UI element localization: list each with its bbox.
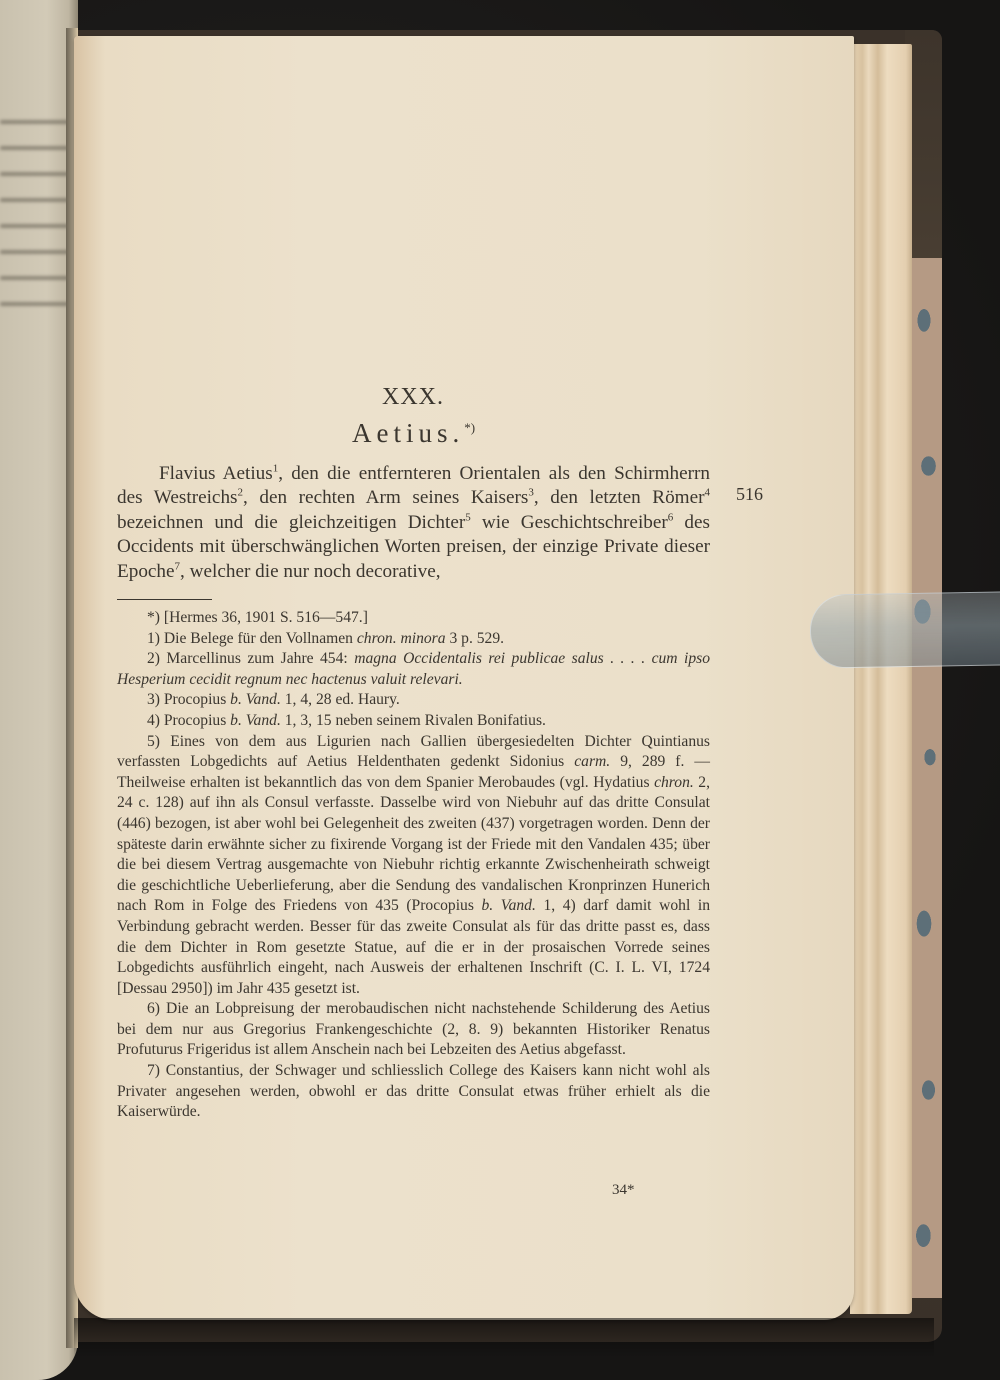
footnote-star: *) [Hermes 36, 1901 S. 516—547.] [117, 608, 710, 629]
footnote-ref: 3 [528, 487, 534, 499]
footnote-separator [117, 599, 212, 600]
page-shadow [74, 1318, 934, 1358]
margin-page-reference: 516 [736, 484, 763, 505]
chapter-number: XXX. [382, 384, 444, 411]
footnote-ref: 5 [465, 511, 471, 523]
blurred-facing-text [0, 120, 70, 328]
footnote-7: 7) Constantius, der Schwager und schlies… [117, 1061, 710, 1123]
italic-citation: magna Occidentalis rei publicae salus . … [117, 650, 710, 688]
footnote-ref: 1 [273, 463, 279, 475]
footnotes: *) [Hermes 36, 1901 S. 516—547.]1) Die B… [117, 608, 710, 1123]
footnote-4: 4) Procopius b. Vand. 1, 3, 15 neben sei… [117, 711, 710, 732]
italic-citation: chron. minora [357, 630, 446, 647]
italic-citation: carm. [574, 753, 610, 770]
chapter-title-text: Aetius. [352, 418, 464, 448]
footnote-ref: 4 [705, 487, 711, 499]
chapter-footnote-mark: *) [464, 420, 475, 435]
body-text: Flavius Aetius1, den die entfernteren Or… [117, 462, 710, 584]
footnote-6: 6) Die an Lobpreisung der merobaudischen… [117, 999, 710, 1061]
glass-page-weight [809, 591, 1000, 669]
footnote-ref: 2 [238, 487, 244, 499]
footnote-ref: 7 [175, 560, 181, 572]
italic-citation: b. Vand. [230, 712, 281, 729]
signature-mark: 34* [612, 1182, 635, 1199]
footnote-1: 1) Die Belege für den Vollnamen chron. m… [117, 629, 710, 650]
marbled-endpaper [912, 258, 942, 1298]
page-edges [850, 44, 912, 1314]
body-paragraph: Flavius Aetius1, den die entfernteren Or… [117, 462, 710, 584]
chapter-title: Aetius.*) [352, 418, 475, 449]
footnote-2: 2) Marcellinus zum Jahre 454: magna Occi… [117, 649, 710, 690]
footnote-3: 3) Procopius b. Vand. 1, 4, 28 ed. Haury… [117, 690, 710, 711]
italic-citation: b. Vand. [230, 691, 281, 708]
footnote-ref: 6 [668, 511, 674, 523]
italic-citation: chron. [654, 774, 694, 791]
italic-citation: b. Vand. [482, 897, 536, 914]
footnote-5: 5) Eines von dem aus Ligurien nach Galli… [117, 732, 710, 1000]
